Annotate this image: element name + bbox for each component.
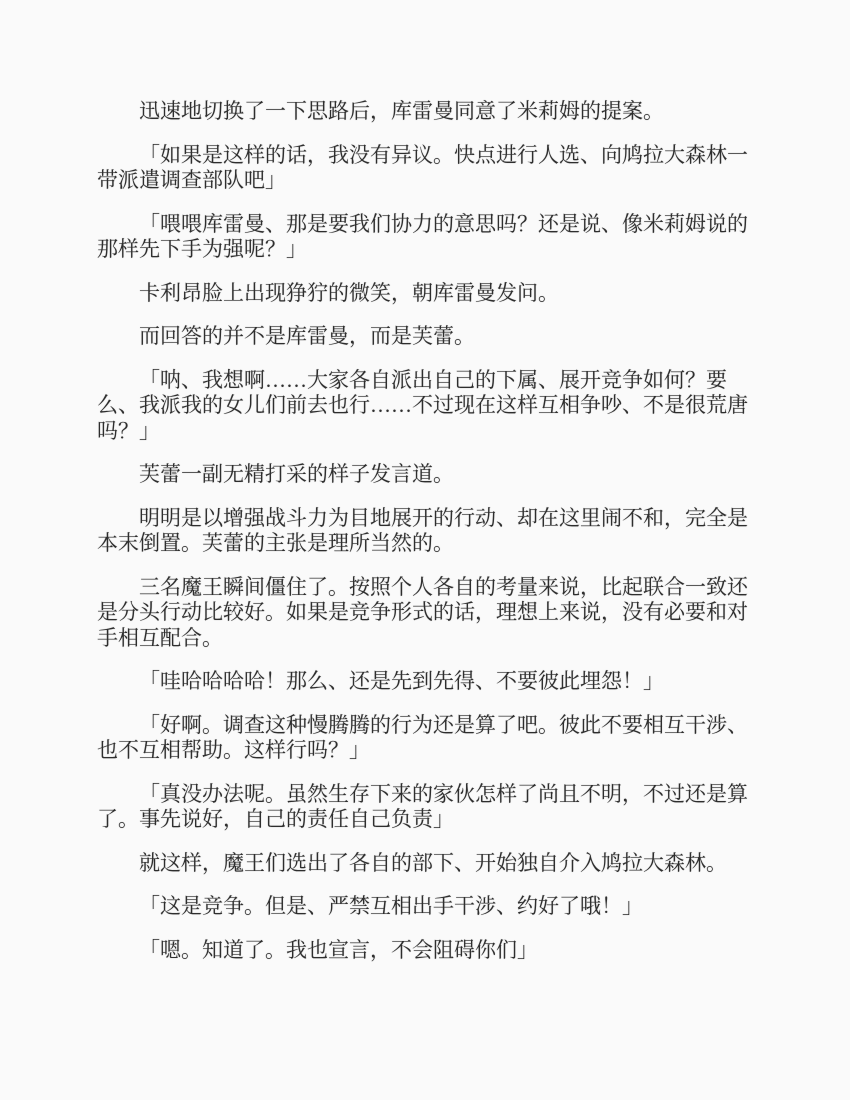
novel-paragraph: 「哇哈哈哈哈！那么、还是先到先得、不要彼此埋怨！」 <box>97 669 757 695</box>
novel-paragraph: 「好啊。调查这种慢腾腾的行为还是算了吧。彼此不要相互干涉、也不互相帮助。这样行吗… <box>97 713 757 764</box>
novel-paragraph: 「嗯。知道了。我也宣言，不会阻碍你们」 <box>97 938 757 964</box>
novel-paragraph: 明明是以增强战斗力为目地展开的行动、却在这里闹不和，完全是本末倒置。芙蕾的主张是… <box>97 506 757 557</box>
novel-paragraph: 芙蕾一副无精打采的样子发言道。 <box>97 462 757 488</box>
novel-paragraph: 「呐、我想啊……大家各自派出自己的下属、展开竞争如何？要么、我派我的女儿们前去也… <box>97 368 757 445</box>
novel-paragraph: 而回答的并不是库雷曼，而是芙蕾。 <box>97 324 757 350</box>
novel-paragraph: 三名魔王瞬间僵住了。按照个人各自的考量来说，比起联合一致还是分头行动比较好。如果… <box>97 575 757 652</box>
novel-paragraph: 「如果是这样的话，我没有异议。快点进行人选、向鸠拉大森林一带派遣调查部队吧」 <box>97 143 757 194</box>
novel-paragraph: 迅速地切换了一下思路后，库雷曼同意了米莉姆的提案。 <box>97 99 757 125</box>
novel-paragraph: 「喂喂库雷曼、那是要我们协力的意思吗？还是说、像米莉姆说的那样先下手为强呢？」 <box>97 212 757 263</box>
novel-paragraph: 「这是竞争。但是、严禁互相出手干涉、约好了哦！」 <box>97 894 757 920</box>
novel-paragraph: 卡利昂脸上出现狰狞的微笑，朝库雷曼发问。 <box>97 281 757 307</box>
novel-text-content: 迅速地切换了一下思路后，库雷曼同意了米莉姆的提案。 「如果是这样的话，我没有异议… <box>0 0 757 963</box>
novel-paragraph: 就这样，魔王们选出了各自的部下、开始独自介入鸠拉大森林。 <box>97 851 757 877</box>
novel-paragraph: 「真没办法呢。虽然生存下来的家伙怎样了尚且不明，不过还是算了。事先说好，自己的责… <box>97 782 757 833</box>
novel-page: 迅速地切换了一下思路后，库雷曼同意了米莉姆的提案。 「如果是这样的话，我没有异议… <box>0 0 850 1100</box>
